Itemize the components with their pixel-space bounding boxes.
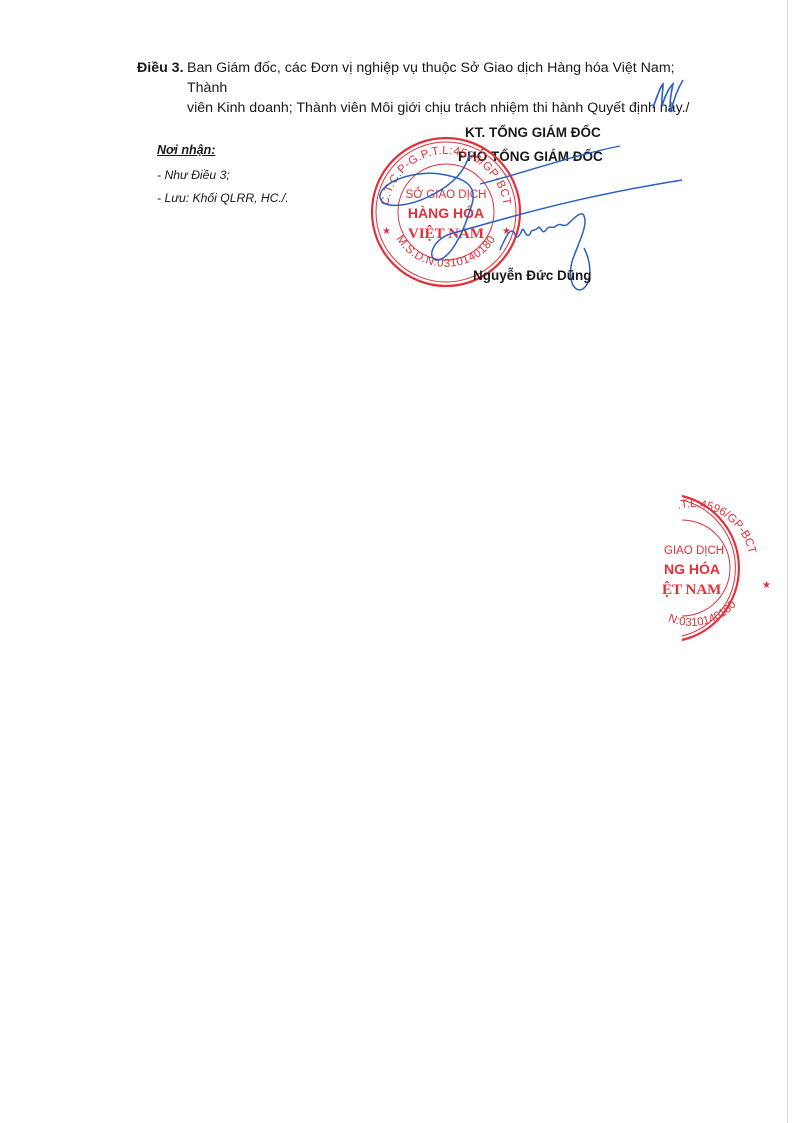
seam-stamp-icon: .T.L:4596/GP-BCT N:0310140180 GIAO DỊCH … <box>662 492 792 642</box>
seam-bottom-text: N:0310140180 <box>667 599 739 629</box>
initials-mark-icon <box>647 78 687 118</box>
recipient-item: - Lưu: Khối QLRR, HC./. <box>157 191 289 205</box>
recipients-block: Nơi nhận: - Như Điều 3; - Lưu: Khối QLRR… <box>157 143 289 214</box>
article-label: Điều 3. <box>137 58 184 78</box>
recipient-item: - Như Điều 3; <box>157 168 289 182</box>
seam-line-3: ỆT NAM <box>662 581 721 598</box>
seam-star-icon: ★ <box>762 580 771 591</box>
article-line-1: Ban Giám đốc, các Đơn vị nghiệp vụ thuộc… <box>187 58 717 98</box>
seam-line-1: GIAO DỊCH <box>664 545 724 557</box>
recipients-heading: Nơi nhận: <box>157 143 289 157</box>
seam-line-2: NG HÓA <box>664 560 720 577</box>
article-3: Điều 3. Ban Giám đốc, các Đơn vị nghiệp … <box>137 58 717 118</box>
signer-name: Nguyễn Đức Dũng <box>473 268 592 283</box>
article-body: Ban Giám đốc, các Đơn vị nghiệp vụ thuộc… <box>187 58 717 118</box>
article-line-2: viên Kinh doanh; Thành viên Môi giới chị… <box>187 98 717 118</box>
